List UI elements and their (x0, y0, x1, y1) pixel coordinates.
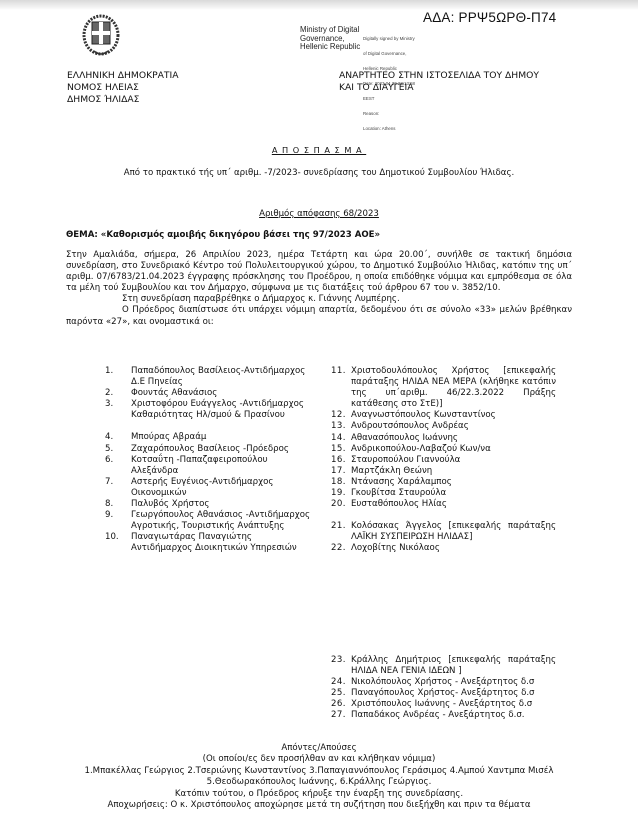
publication-note-line: ΚΑΙ ΤΟ ΔΙΑΥΓΕΙΑ (339, 82, 539, 94)
member-number: 6. (105, 455, 131, 477)
member-number: 3. (105, 399, 131, 421)
member-name: Χριστοφόρου Ευάγγελος -Αντιδήμαρχος Καθα… (131, 399, 315, 421)
member-list-item: 13.Ανδρουτσόπουλος Ανδρέας (331, 421, 556, 432)
member-list-item: 5.Ζαχαρόπουλος Βασίλειος -Πρόεδρος (105, 444, 315, 455)
member-name: Χριστοδουλόπουλος Χρήστος [επικεφαλής πα… (351, 366, 556, 410)
intro-paragraph: Στην Αμαλιάδα, σήμερα, 26 Απριλίου 2023,… (66, 250, 572, 294)
member-list-item: 10.Παναγιωτάρας Παναγιώτης Αντιδήμαρχος … (105, 532, 315, 554)
member-number: 1. (105, 366, 131, 388)
member-number: 23. (331, 655, 351, 677)
member-name: Ζαχαρόπουλος Βασίλειος -Πρόεδρος (131, 444, 315, 455)
member-name: Παναγιωτάρας Παναγιώτης Αντιδήμαρχος Διο… (131, 532, 315, 554)
member-name: Φουντάς Αθανάσιος (131, 388, 315, 399)
member-number: 25. (331, 688, 351, 699)
publication-note: ΑΝΑΡΤΗΤΕΟ ΣΤΗΝ ΙΣΤΟΣΕΛΙΔΑ ΤΟΥ ΔΗΜΟΥ ΚΑΙ … (339, 70, 539, 94)
member-number: 20. (331, 499, 351, 510)
member-list-item: 1.Παπαδόπουλος Βασίλειος-Αντιδήμαρχος Δ.… (105, 366, 315, 388)
member-name: Γκουβίτσα Σταυρούλα (351, 488, 556, 499)
member-number: 15. (331, 444, 351, 455)
member-name: Μπούρας Αβραάμ (131, 432, 315, 443)
decision-number: Αριθμός απόφασης 68/2023 (0, 209, 638, 219)
member-name: Γεωργόπουλος Αθανάσιος -Αντιδήμαρχος Αγρ… (131, 510, 315, 532)
member-name: Ευσταθόπουλος Ηλίας (351, 499, 556, 510)
document-title: ΑΠΟΣΠΑΣΜΑ (0, 145, 638, 155)
member-name: Αναγνωστόπουλος Κωνσταντίνος (351, 410, 556, 421)
signature-detail-line: Digitally signed by Ministry (363, 36, 415, 41)
signature-detail-line: Location: Athens (363, 126, 415, 131)
member-list-item: 7.Αστερής Ευγένιος-Αντιδήμαρχος Οικονομι… (105, 477, 315, 499)
member-name: Παπαδόπουλος Βασίλειος-Αντιδήμαρχος Δ.Ε … (131, 366, 315, 388)
member-number: 27. (331, 710, 351, 721)
member-name: Παπαδάκος Ανδρέας - Ανεξάρτητος δ.σ. (351, 710, 556, 721)
excerpt-line: Από το πρακτικό τής υπ΄ αριθμ. -7/2023- … (66, 168, 572, 179)
member-number: 13. (331, 421, 351, 432)
member-name: Κοτσαΰτη -Παπαζαφειροπούλου Αλεξάνδρα (131, 455, 315, 477)
issuer-line: ΝΟΜΟΣ ΗΛΕΙΑΣ (67, 82, 179, 94)
member-list-item: 26.Χριστόπουλος Ιωάννης - Ανεξάρτητος δ.… (331, 699, 556, 710)
member-number: 5. (105, 444, 131, 455)
signature-detail-line: Reason: (363, 111, 415, 116)
member-name: Ντάνασης Χαράλαμπος (351, 477, 556, 488)
quorum-line: Ο Πρόεδρος διαπίστωσε ότι υπάρχει νόμιμη… (66, 305, 572, 327)
member-list-item: 11.Χριστοδουλόπουλος Χρήστος [επικεφαλής… (331, 366, 556, 410)
member-name: Κολόσακας Άγγελος [επικεφαλής παράταξης … (351, 521, 556, 543)
member-name: Κράλλης Δημήτριος [επικεφαλής παράταξης … (351, 655, 556, 677)
member-list-item: 6.Κοτσαΰτη -Παπαζαφειροπούλου Αλεξάνδρα (105, 455, 315, 477)
signature-org-line: Hellenic Republic (300, 43, 360, 52)
member-number: 26. (331, 699, 351, 710)
list-spacer (331, 555, 556, 655)
member-name: Παναγόπουλος Χρήστος- Ανεξάρτητος δ.σ (351, 688, 556, 699)
member-number: 21. (331, 521, 351, 543)
member-name: Χριστόπουλος Ιωάννης - Ανεξάρτητος δ.σ (351, 699, 556, 710)
greek-coat-of-arms-icon (82, 13, 120, 58)
member-number: 22. (331, 543, 351, 554)
viewer-top-bar (0, 0, 638, 10)
member-number: 12. (331, 410, 351, 421)
member-number: 17. (331, 466, 351, 477)
signature-detail-line: EEST (363, 96, 415, 101)
subject-line: ΘΕΜΑ: «Καθορισμός αμοιβής δικηγόρου βάσε… (66, 230, 572, 241)
list-spacer (331, 510, 556, 521)
member-number: 14. (331, 433, 351, 444)
member-list-item: 17.Μαρτζάκλη Θεώνη (331, 466, 556, 477)
member-number: 24. (331, 677, 351, 688)
present-members-right: 11.Χριστοδουλόπουλος Χρήστος [επικεφαλής… (331, 366, 556, 721)
member-number: 10. (105, 532, 131, 554)
signature-organization: Ministry of Digital Governance, Hellenic… (300, 26, 360, 52)
member-number: 4. (105, 432, 131, 443)
absent-heading: Απόντες/Απούσες (60, 743, 578, 754)
issuer-line: ΕΛΛΗΝΙΚΗ ΔΗΜΟΚΡΑΤΙΑ (67, 70, 179, 82)
member-number: 11. (331, 366, 351, 410)
member-name: Σταυροπούλου Γιαννούλα (351, 455, 556, 466)
member-list-item: 2.Φουντάς Αθανάσιος (105, 388, 315, 399)
member-list-item: 4.Μπούρας Αβραάμ (105, 432, 315, 443)
member-list-item: 8.Παλυβός Χρήστος (105, 499, 315, 510)
member-name: Αθανασόπουλος Ιωάννης (351, 433, 556, 444)
member-list-item: 23.Κράλλης Δημήτριος [επικεφαλής παράταξ… (331, 655, 556, 677)
opening-line: Κατόπιν τούτου, ο Πρόεδρος κήρυξε την έν… (60, 789, 578, 800)
mayor-line: Στη συνεδρίαση παραβρέθηκε ο Δήμαρχος κ.… (66, 294, 572, 305)
member-number: 2. (105, 388, 131, 399)
member-number: 19. (331, 488, 351, 499)
present-members-left: 1.Παπαδόπουλος Βασίλειος-Αντιδήμαρχος Δ.… (105, 366, 315, 555)
publication-note-line: ΑΝΑΡΤΗΤΕΟ ΣΤΗΝ ΙΣΤΟΣΕΛΙΔΑ ΤΟΥ ΔΗΜΟΥ (339, 70, 539, 82)
member-name: Μαρτζάκλη Θεώνη (351, 466, 556, 477)
list-spacer (105, 421, 315, 432)
member-name: Παλυβός Χρήστος (131, 499, 315, 510)
member-name: Λοχοβίτης Νικόλαος (351, 543, 556, 554)
member-list-item: 27.Παπαδάκος Ανδρέας - Ανεξάρτητος δ.σ. (331, 710, 556, 721)
member-list-item: 19.Γκουβίτσα Σταυρούλα (331, 488, 556, 499)
withdrawals-line: Αποχωρήσεις: Ο κ. Χριστόπουλος αποχώρησε… (60, 800, 578, 811)
member-name: Ανδρικοπούλου-Λαβαζού Κων/να (351, 444, 556, 455)
member-list-item: 25.Παναγόπουλος Χρήστος- Ανεξάρτητος δ.σ (331, 688, 556, 699)
signature-detail-line: of Digital Governance, (363, 51, 415, 56)
member-number: 7. (105, 477, 131, 499)
issuer-line: ΔΗΜΟΣ ΉΛΙΔΑΣ (67, 94, 179, 106)
member-number: 8. (105, 499, 131, 510)
intro-section: Στην Αμαλιάδα, σήμερα, 26 Απριλίου 2023,… (66, 250, 572, 328)
member-list-item: 9.Γεωργόπουλος Αθανάσιος -Αντιδήμαρχος Α… (105, 510, 315, 532)
member-list-item: 14.Αθανασόπουλος Ιωάννης (331, 433, 556, 444)
member-list-item: 21.Κολόσακας Άγγελος [επικεφαλής παράταξ… (331, 521, 556, 543)
member-list-item: 16.Σταυροπούλου Γιαννούλα (331, 455, 556, 466)
absent-note: (Οι οποίοι/ες δεν προσήλθαν αν και κλήθη… (60, 754, 578, 765)
ada-code: ΑΔΑ: ΡΡΨ5ΩΡΘ-Π74 (423, 10, 556, 25)
member-list-item: 15.Ανδρικοπούλου-Λαβαζού Κων/να (331, 444, 556, 455)
absent-members-section: Απόντες/Απούσες (Οι οποίοι/ες δεν προσήλ… (60, 743, 578, 811)
member-list-item: 18.Ντάνασης Χαράλαμπος (331, 477, 556, 488)
member-number: 18. (331, 477, 351, 488)
absent-names: 1.Μπακέλλας Γεώργιος 2.Τσεριώνης Κωνσταν… (60, 766, 578, 789)
member-number: 16. (331, 455, 351, 466)
member-name: Αστερής Ευγένιος-Αντιδήμαρχος Οικονομικώ… (131, 477, 315, 499)
member-list-item: 3.Χριστοφόρου Ευάγγελος -Αντιδήμαρχος Κα… (105, 399, 315, 421)
member-number: 9. (105, 510, 131, 532)
member-list-item: 12.Αναγνωστόπουλος Κωνσταντίνος (331, 410, 556, 421)
member-list-item: 22.Λοχοβίτης Νικόλαος (331, 543, 556, 554)
member-name: Νικολόπουλος Χρήστος - Ανεξάρτητος δ.σ (351, 677, 556, 688)
member-list-item: 24.Νικολόπουλος Χρήστος - Ανεξάρτητος δ.… (331, 677, 556, 688)
member-name: Ανδρουτσόπουλος Ανδρέας (351, 421, 556, 432)
issuer-block: ΕΛΛΗΝΙΚΗ ΔΗΜΟΚΡΑΤΙΑ ΝΟΜΟΣ ΗΛΕΙΑΣ ΔΗΜΟΣ Ή… (67, 70, 179, 107)
member-list-item: 20.Ευσταθόπουλος Ηλίας (331, 499, 556, 510)
